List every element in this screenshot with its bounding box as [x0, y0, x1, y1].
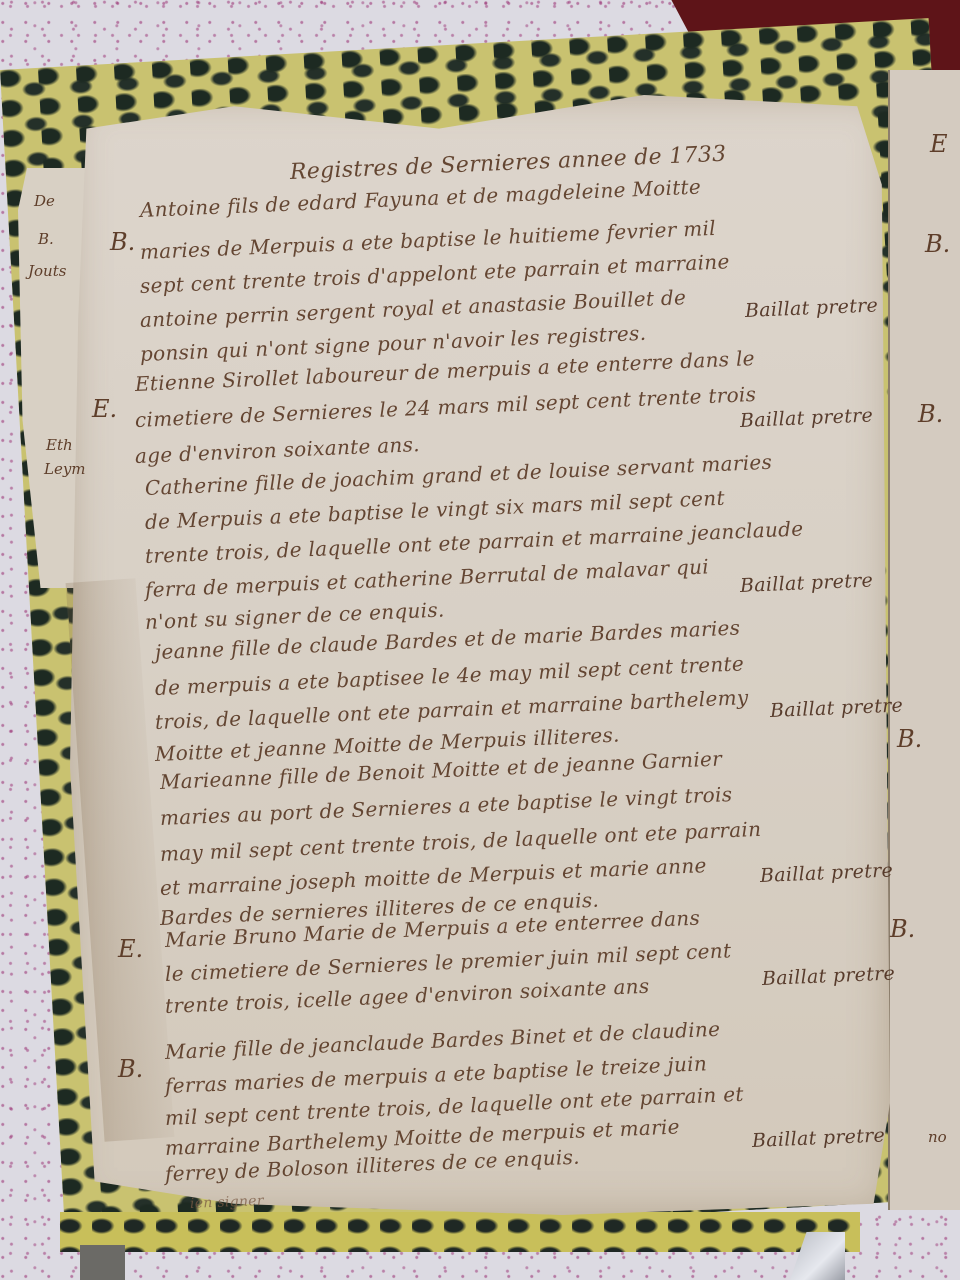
entry-margin-mark: E.	[92, 395, 117, 423]
entry-margin-mark: B.	[110, 228, 135, 256]
book-stand	[80, 1245, 125, 1280]
marbled-board-bottom-edge	[60, 1212, 860, 1252]
flap-mark: Eth	[46, 436, 73, 454]
entry-margin-mark: B.	[118, 1055, 143, 1083]
flap-mark: Leym	[44, 460, 86, 478]
right-page-mark: B.	[890, 915, 915, 943]
flap-mark: De	[34, 192, 55, 210]
right-page-mark: B.	[918, 400, 943, 428]
right-page-mark: E	[930, 130, 948, 158]
right-page-mark: B.	[925, 230, 950, 258]
bottom-fragment-text: ien signer	[190, 1193, 264, 1212]
right-page-mark: B.	[897, 725, 922, 753]
flap-mark: B.	[38, 230, 54, 248]
flap-mark: Jouts	[28, 262, 66, 280]
entry-margin-mark: E.	[118, 935, 143, 963]
right-page-mark: no	[928, 1128, 947, 1146]
